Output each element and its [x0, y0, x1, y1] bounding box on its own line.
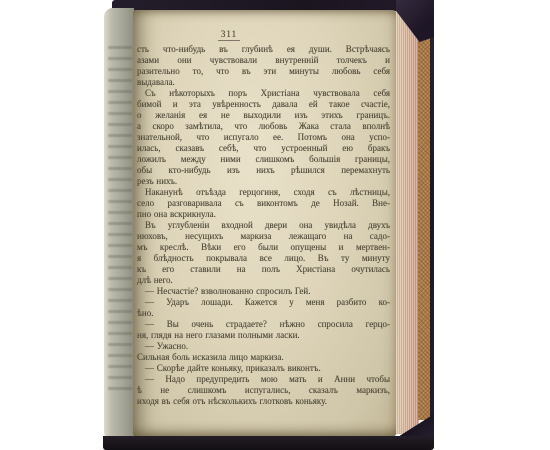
text-line: выдавала.	[137, 77, 390, 88]
text-line: село разговаривала съ виконтомъ де Нозай…	[137, 198, 390, 209]
book-cover-bottom-edge	[103, 436, 434, 450]
text-line: бимой и эта увѣренность давала ей такое …	[137, 99, 390, 110]
text-line: Въ углубленіи входной двери она увидѣла …	[137, 220, 390, 231]
cover-edge-line	[430, 18, 434, 444]
text-line: пно она вскрикнула.	[137, 209, 390, 220]
page-header: 311	[200, 24, 258, 42]
text-line: знательной, что испугало ее. Потомъ она …	[137, 132, 390, 143]
page-number: 311	[218, 29, 240, 41]
text-line: иходя въ себя отъ нѣсколькихъ глотковъ к…	[137, 396, 390, 407]
text-line: къ его ставили на полъ Христіана очутила…	[137, 264, 390, 275]
text-line: Сильная боль исказила лицо маркиза.	[137, 352, 390, 363]
text-line: ложилъ между ними слишкомъ большія грани…	[137, 154, 390, 165]
text-line: нюховъ, несущихъ маркиза лежащаго на сад…	[137, 231, 390, 242]
text-line: я блѣдность покрывала все лицо. Въ ту ми…	[137, 253, 390, 264]
text-line: разительно то, что въ эти минуты любовь …	[137, 66, 390, 77]
text-line: сть что-нибудь въ глубинѣ ея души. Встрѣ…	[137, 44, 390, 55]
text-line: длѣ него.	[137, 275, 390, 286]
text-line: Наканунѣ отъѣзда герцогиня, сходя съ лѣс…	[137, 187, 390, 198]
book-photo: 311 сть что-нибудь въ глубинѣ ея души. В…	[0, 0, 550, 450]
text-line: ня, глядя на него глазами полными ласки.	[137, 330, 390, 341]
text-line: — Надо предупредить мою мать и Анни чтоб…	[137, 374, 390, 385]
text-line: — Несчастіе? взволнованно спросилъ Гей.	[137, 286, 390, 297]
text-line: азами они чувствовали внутренній толчекъ…	[137, 55, 390, 66]
text-line: а скоро замѣтила, что любовь Жака стала …	[137, 121, 390, 132]
text-line: обы кто-нибудь изъ нихъ рѣшился перемахн…	[137, 165, 390, 176]
text-line: ѣ не слишкомъ испугались, сказалъ маркиз…	[137, 385, 390, 396]
text-line: ѣно.	[137, 308, 390, 319]
text-line: о желанія ея не выходили изъ этихъ грани…	[137, 110, 390, 121]
text-line: резъ нихъ.	[137, 176, 390, 187]
text-line: илась, сказавъ себѣ, что устроенный ею б…	[137, 143, 390, 154]
text-line: — Ужасно.	[137, 341, 390, 352]
text-line: — Вы очень страдаете? нѣжно спросила гер…	[137, 319, 390, 330]
page-block-fore-edge	[396, 10, 419, 434]
text-block: сть что-нибудь въ глубинѣ ея души. Встрѣ…	[137, 44, 390, 407]
text-line: — Ударъ лошади. Кажется у меня разбито к…	[137, 297, 390, 308]
text-line: Съ нѣкоторыхъ поръ Христіана чувствовала…	[137, 88, 390, 99]
text-line: — Скорѣе дайте коньяку, приказалъ виконт…	[137, 363, 390, 374]
text-line: мъ креслѣ. Вѣки его были опущены и мертв…	[137, 242, 390, 253]
adjacent-page-sliver	[104, 8, 134, 441]
